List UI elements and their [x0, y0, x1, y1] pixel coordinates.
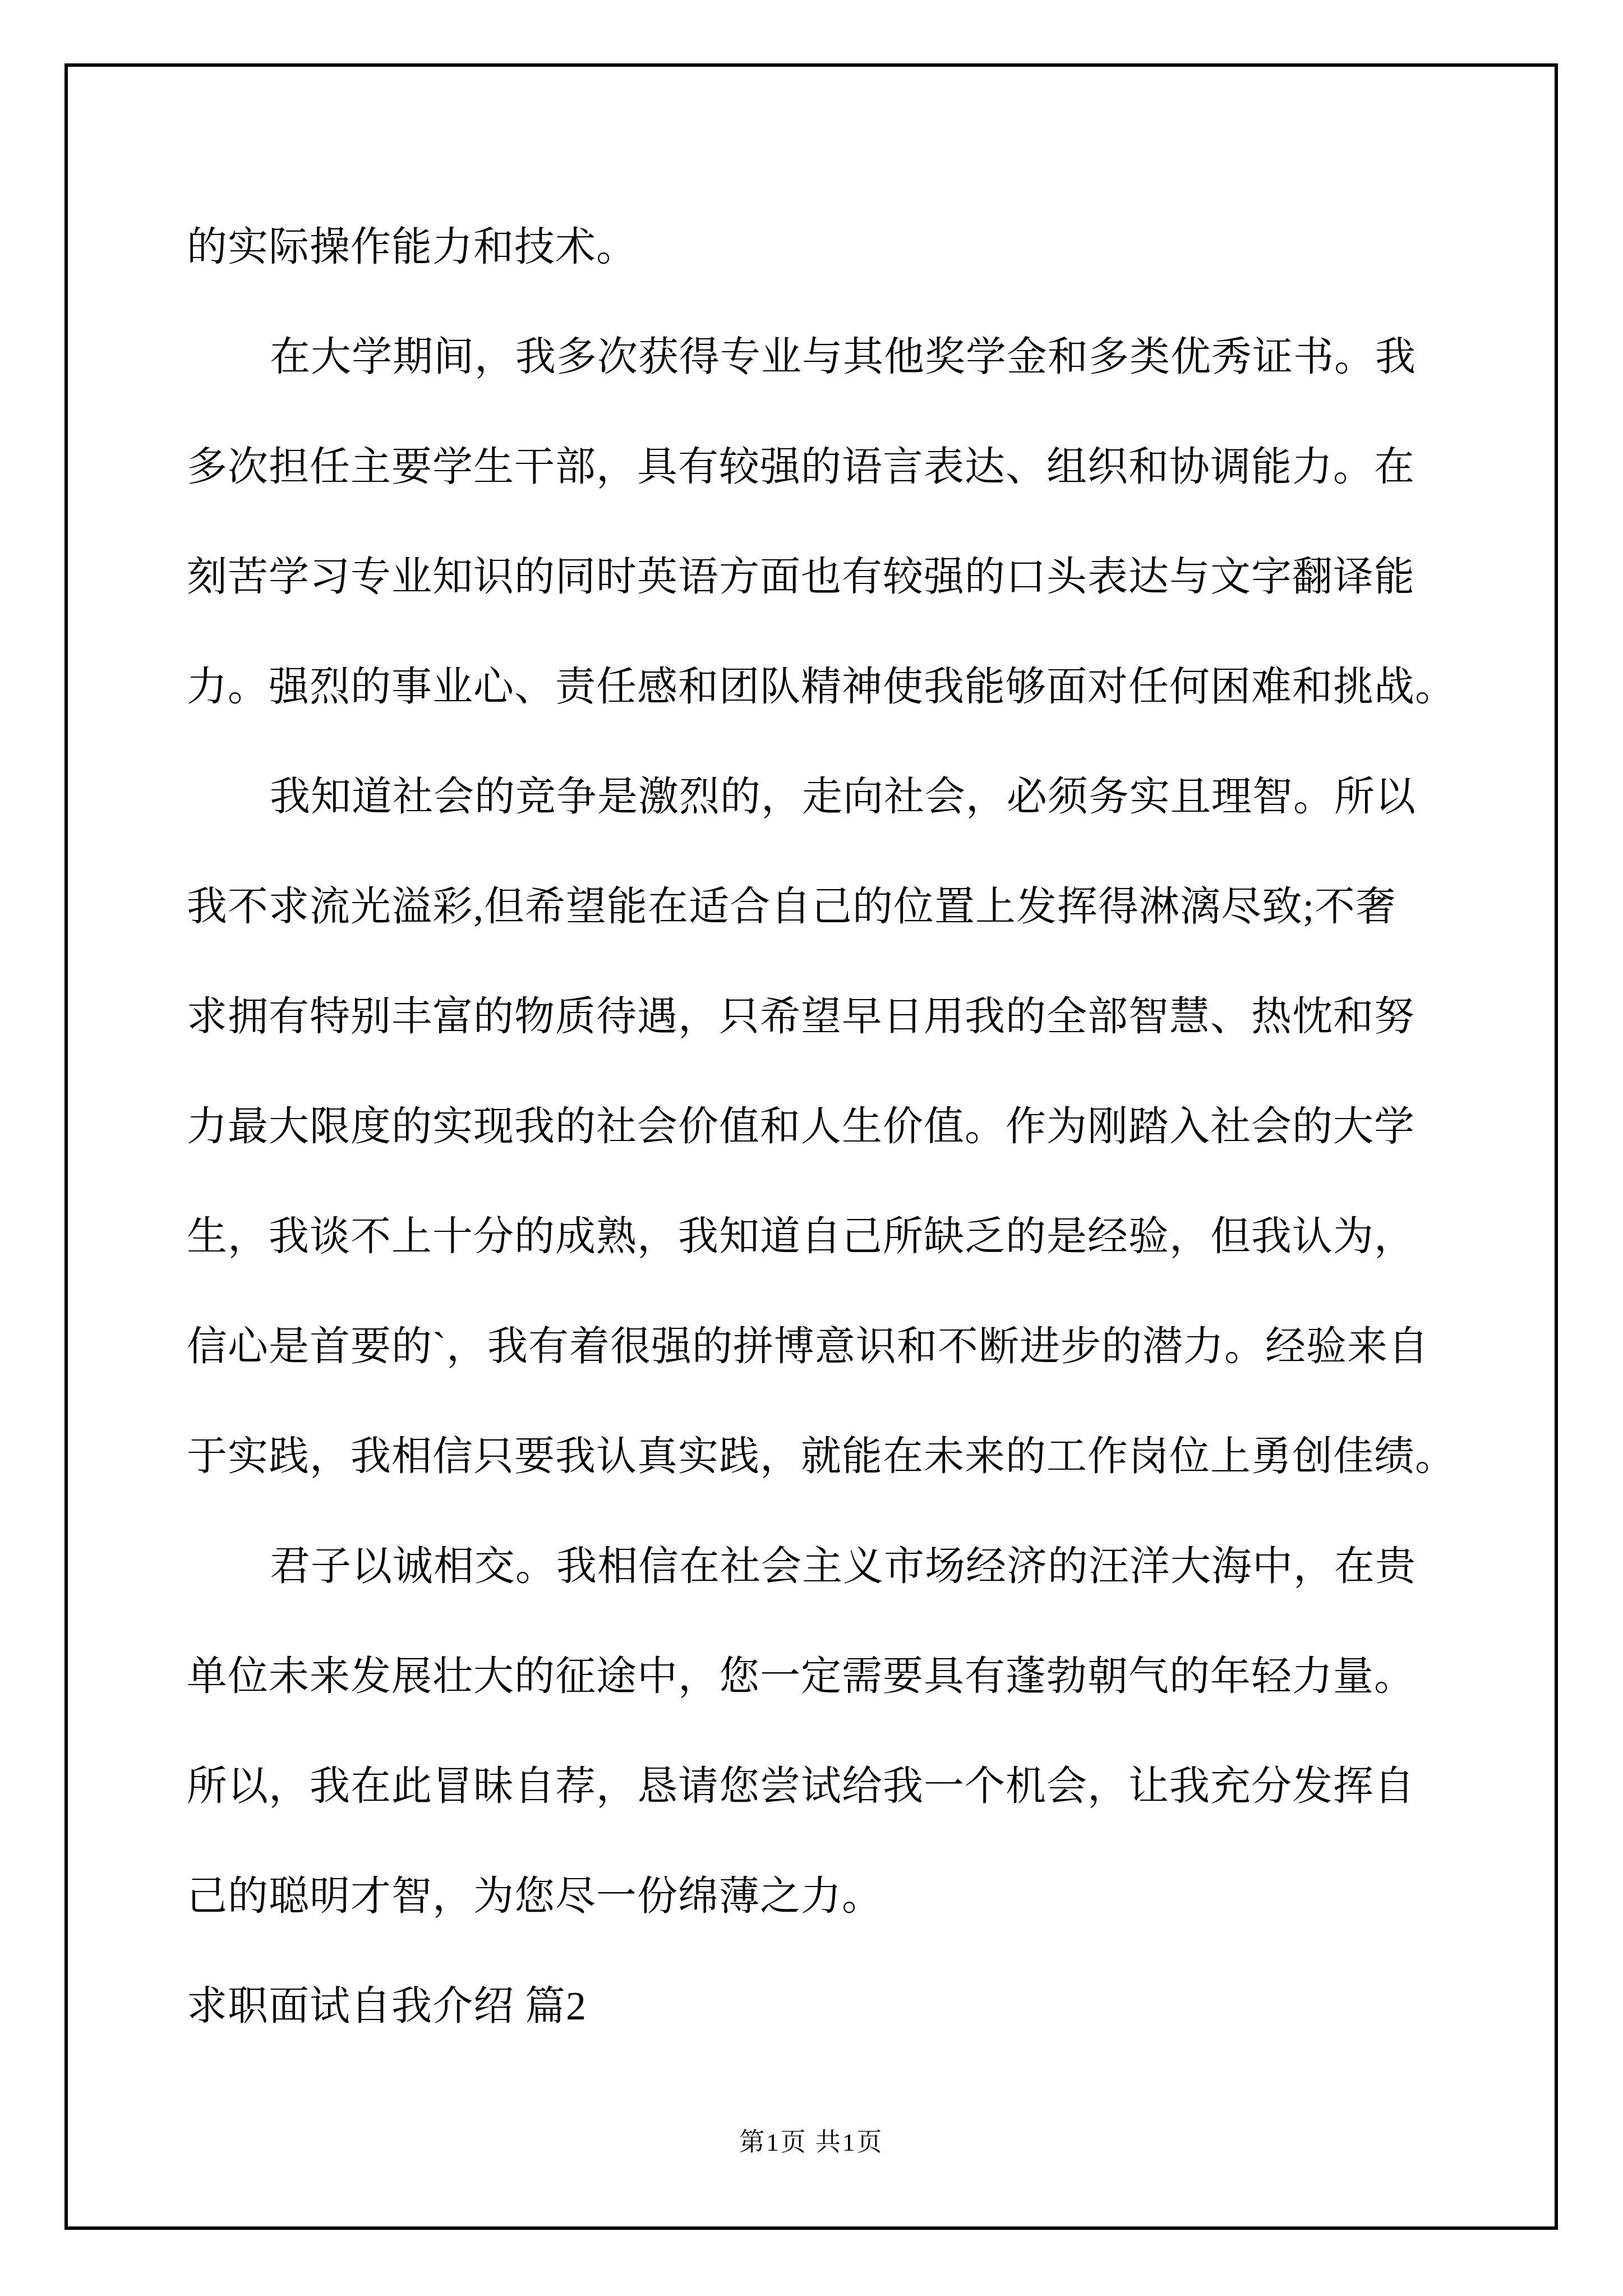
text-line: 的实际操作能力和技术。 [187, 192, 1450, 302]
text-line: 在大学期间，我多次获得专业与其他奖学金和多类优秀证书。我 [187, 302, 1450, 412]
text-line: 刻苦学习专业知识的同时英语方面也有较强的口头表达与文字翻译能 [187, 522, 1450, 632]
text-line: 力。强烈的事业心、责任感和团队精神使我能够面对任何困难和挑战。 [187, 632, 1450, 742]
text-line: 我知道社会的竞争是激烈的，走向社会，必须务实且理智。所以 [187, 742, 1450, 852]
text-line: 所以，我在此冒昧自荐，恳请您尝试给我一个机会，让我充分发挥自 [187, 1731, 1450, 1841]
page-footer: 第1页 共1页 [0, 2122, 1623, 2158]
text-line: 力最大限度的实现我的社会价值和人生价值。作为刚踏入社会的大学 [187, 1071, 1450, 1181]
document-body: 的实际操作能力和技术。 在大学期间，我多次获得专业与其他奖学金和多类优秀证书。我… [187, 192, 1450, 2061]
text-line: 求拥有特别丰富的物质待遇，只希望早日用我的全部智慧、热忱和努 [187, 961, 1450, 1071]
text-line: 我不求流光溢彩,但希望能在适合自己的位置上发挥得淋漓尽致;不奢 [187, 852, 1450, 961]
text-line: 君子以诚相交。我相信在社会主义市场经济的汪洋大海中，在贵 [187, 1511, 1450, 1621]
text-line: 单位未来发展壮大的征途中，您一定需要具有蓬勃朝气的年轻力量。 [187, 1621, 1450, 1731]
document-page: 的实际操作能力和技术。 在大学期间，我多次获得专业与其他奖学金和多类优秀证书。我… [0, 0, 1623, 2296]
text-line: 于实践，我相信只要我认真实践，就能在未来的工作岗位上勇创佳绩。 [187, 1401, 1450, 1511]
text-line: 生，我谈不上十分的成熟，我知道自己所缺乏的是经验，但我认为， [187, 1181, 1450, 1291]
text-line: 信心是首要的`，我有着很强的拼博意识和不断进步的潜力。经验来自 [187, 1291, 1450, 1401]
section-heading-line: 求职面试自我介绍 篇2 [187, 1951, 1450, 2061]
page-number: 第1页 共1页 [739, 2128, 883, 2156]
text-line: 己的聪明才智，为您尽一份绵薄之力。 [187, 1841, 1450, 1951]
text-line: 多次担任主要学生干部，具有较强的语言表达、组织和协调能力。在 [187, 412, 1450, 522]
